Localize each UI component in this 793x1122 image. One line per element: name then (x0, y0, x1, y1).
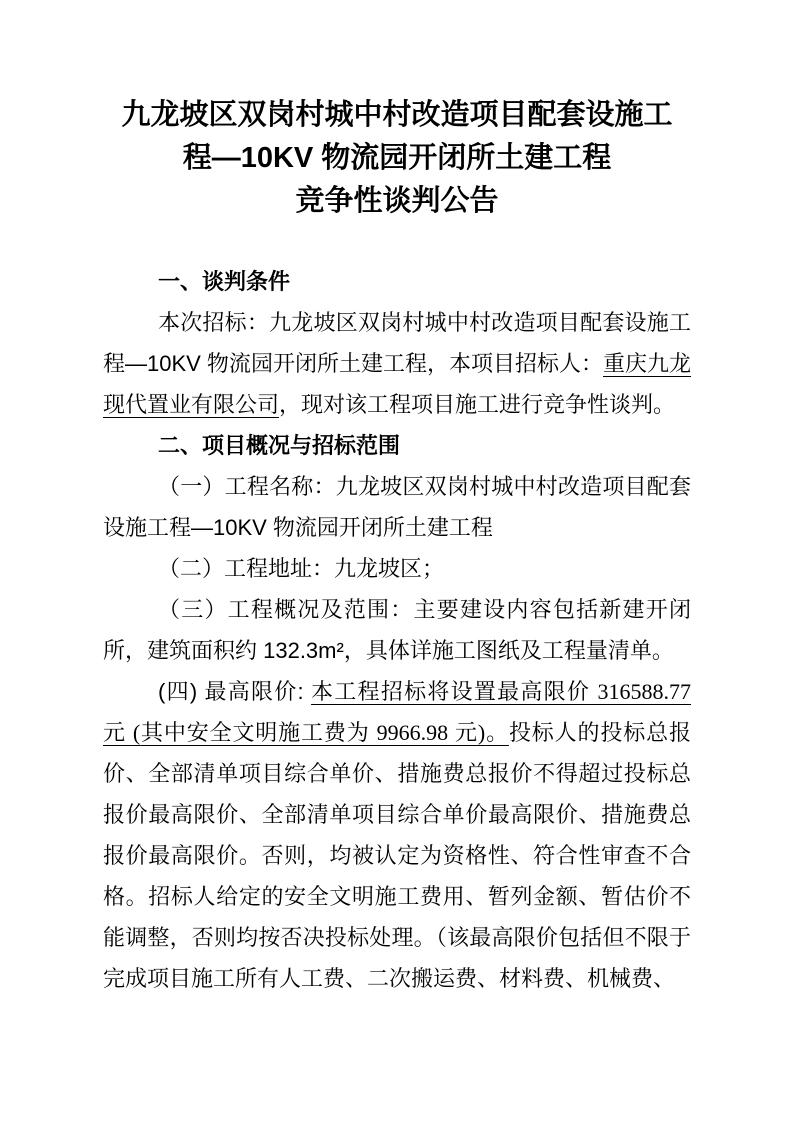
section-2-paragraph-project-scope: （三）工程概况及范围：主要建设内容包括新建开闭所，建筑面积约 132.3m²，具… (103, 589, 691, 671)
section-1-heading: 一、谈判条件 (103, 261, 691, 302)
text-segment: 元 (103, 720, 133, 745)
title-line-1: 九龙坡区双岗村城中村改造项目配套设施工 (103, 94, 691, 137)
text-segment: ，现对该工程项目施工进行竞争性谈判。 (279, 392, 675, 417)
text-segment: 9966.98 (377, 720, 449, 745)
text-segment: 。 (485, 720, 509, 745)
section-1-paragraph-1: 本次招标：九龙坡区双岗村城中村改造项目配套设施工程—10KV 物流园开闭所土建工… (103, 302, 691, 425)
document-page: 九龙坡区双岗村城中村改造项目配套设施工 程—10KV 物流园开闭所土建工程 竞争… (0, 0, 793, 1122)
text-segment: 投标人的投标总报价、全部清单项目综合单价、措施费总报价不得超过投标总报价最高限价… (103, 720, 691, 991)
section-negotiation-conditions: 一、谈判条件 本次招标：九龙坡区双岗村城中村改造项目配套设施工程—10KV 物流… (103, 261, 691, 425)
title-line-2: 程—10KV 物流园开闭所土建工程 (103, 137, 691, 180)
text-segment: （三）工程概况及范围：主要建设内容包括新建开闭所，建筑面积约 132.3m²，具… (103, 597, 691, 663)
text-segment: 本工程招标将设置最高限价 (311, 679, 597, 704)
text-segment: (四) 最高限价: (158, 679, 311, 704)
section-2-paragraph-project-address: （二）工程地址：九龙坡区； (103, 548, 691, 589)
text-segment: 其中安全文明施工费为 (140, 720, 376, 745)
section-2-paragraph-project-name: （一）工程名称：九龙坡区双岗村城中村改造项目配套设施工程—10KV 物流园开闭所… (103, 466, 691, 548)
section-2-heading: 二、项目概况与招标范围 (103, 425, 691, 466)
document-title: 九龙坡区双岗村城中村改造项目配套设施工 程—10KV 物流园开闭所土建工程 竞争… (103, 94, 691, 223)
section-project-overview-and-scope: 二、项目概况与招标范围 （一）工程名称：九龙坡区双岗村城中村改造项目配套设施工程… (103, 425, 691, 999)
text-segment: （一）工程名称：九龙坡区双岗村城中村改造项目配套设施工程—10KV 物流园开闭所… (103, 474, 691, 540)
section-2-paragraph-price-ceiling: (四) 最高限价: 本工程招标将设置最高限价 316588.77 元 (其中安全… (103, 671, 691, 999)
text-segment: 316588.77 (598, 679, 692, 704)
title-line-3: 竞争性谈判公告 (103, 180, 691, 223)
text-segment: 元 (448, 720, 478, 745)
text-segment: （二）工程地址：九龙坡区； (158, 556, 444, 581)
